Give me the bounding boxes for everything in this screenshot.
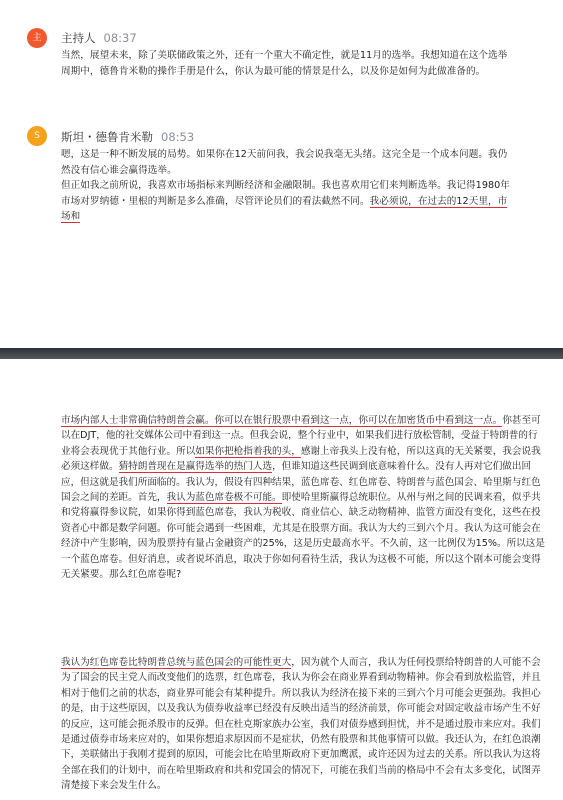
avatar-letter: 主 <box>32 33 41 43</box>
message-text: 当然，展望未来，除了美联储政策之外，还有一个重大不确定性，就是11月的选举。我想… <box>61 48 531 79</box>
highlighted-text: 你可以在银行股票中看到这一点，你可以在加密货币中看到这一点。 <box>215 415 503 427</box>
highlighted-text: 猜特朗普现在是赢得选举的热门人选 <box>119 461 273 473</box>
paragraph: 嗯，这是一种不断发展的局势。如果你在12天前问我，我会说我毫无头绪。这完全是一个… <box>61 147 516 178</box>
message-text: 嗯，这是一种不断发展的局势。如果你在12天前问我，我会说我毫无头绪。这完全是一个… <box>61 147 516 225</box>
timestamp: 08:53 <box>161 130 194 144</box>
highlighted-text: 我认为蓝色席卷极不可能。 <box>167 492 282 504</box>
message-header: 斯坦・德鲁肯米勒08:53 <box>61 129 194 145</box>
paragraph-text: ，因为就个人而言，我认为任何投票给特朗普的人可能不会为了国会的民主党人而改变他们… <box>61 657 541 791</box>
paragraph: 我认为红色席卷比特朗普总统与蓝色国会的可能性更大，因为就个人而言，我认为任何投票… <box>61 655 546 794</box>
text-line: 当然，展望未来，除了美联储政策之外，还有一个重大不确定性，就是11月的选举。我想… <box>61 48 531 64</box>
continuation-block-2: 我认为红色席卷比特朗普总统与蓝色国会的可能性更大，因为就个人而言，我认为任何投票… <box>61 655 546 794</box>
speaker-name: 主持人 <box>61 31 96 45</box>
continuation-block-1: 市场内部人士非常确信特朗普会赢。你可以在银行股票中看到这一点，你可以在加密货币中… <box>61 413 546 582</box>
message-header: 主持人08:37 <box>61 30 137 46</box>
highlighted-text: 如果你把枪指着我的头， <box>195 446 301 458</box>
paragraph-text: 即使哈里斯赢得总统职位。从州与州之间的民调来看，似乎共和党将赢得参议院，如果你得… <box>61 492 545 580</box>
avatar-host: 主 <box>27 28 47 48</box>
avatar-speaker: S <box>27 126 47 146</box>
text-line: 周期中，德鲁肯米勒的操作手册是什么，你认为最可能的情景是什么，以及你是如何为此做… <box>61 64 531 80</box>
highlighted-text: 我认为红色席卷比特朗普总统与蓝色国会的可能性更大 <box>61 657 291 669</box>
speaker-name: 斯坦・德鲁肯米勒 <box>61 130 153 144</box>
highlighted-text: 市场内部人士非常确信特朗普会赢。 <box>61 415 215 427</box>
paragraph: 市场内部人士非常确信特朗普会赢。你可以在银行股票中看到这一点，你可以在加密货币中… <box>61 413 546 582</box>
page-divider <box>0 348 563 359</box>
timestamp: 08:37 <box>104 31 137 45</box>
paragraph: 但正如我之前所说，我喜欢市场指标来判断经济和金融限制。我也喜欢用它们来判断选举。… <box>61 178 516 225</box>
avatar-letter: S <box>34 131 40 141</box>
